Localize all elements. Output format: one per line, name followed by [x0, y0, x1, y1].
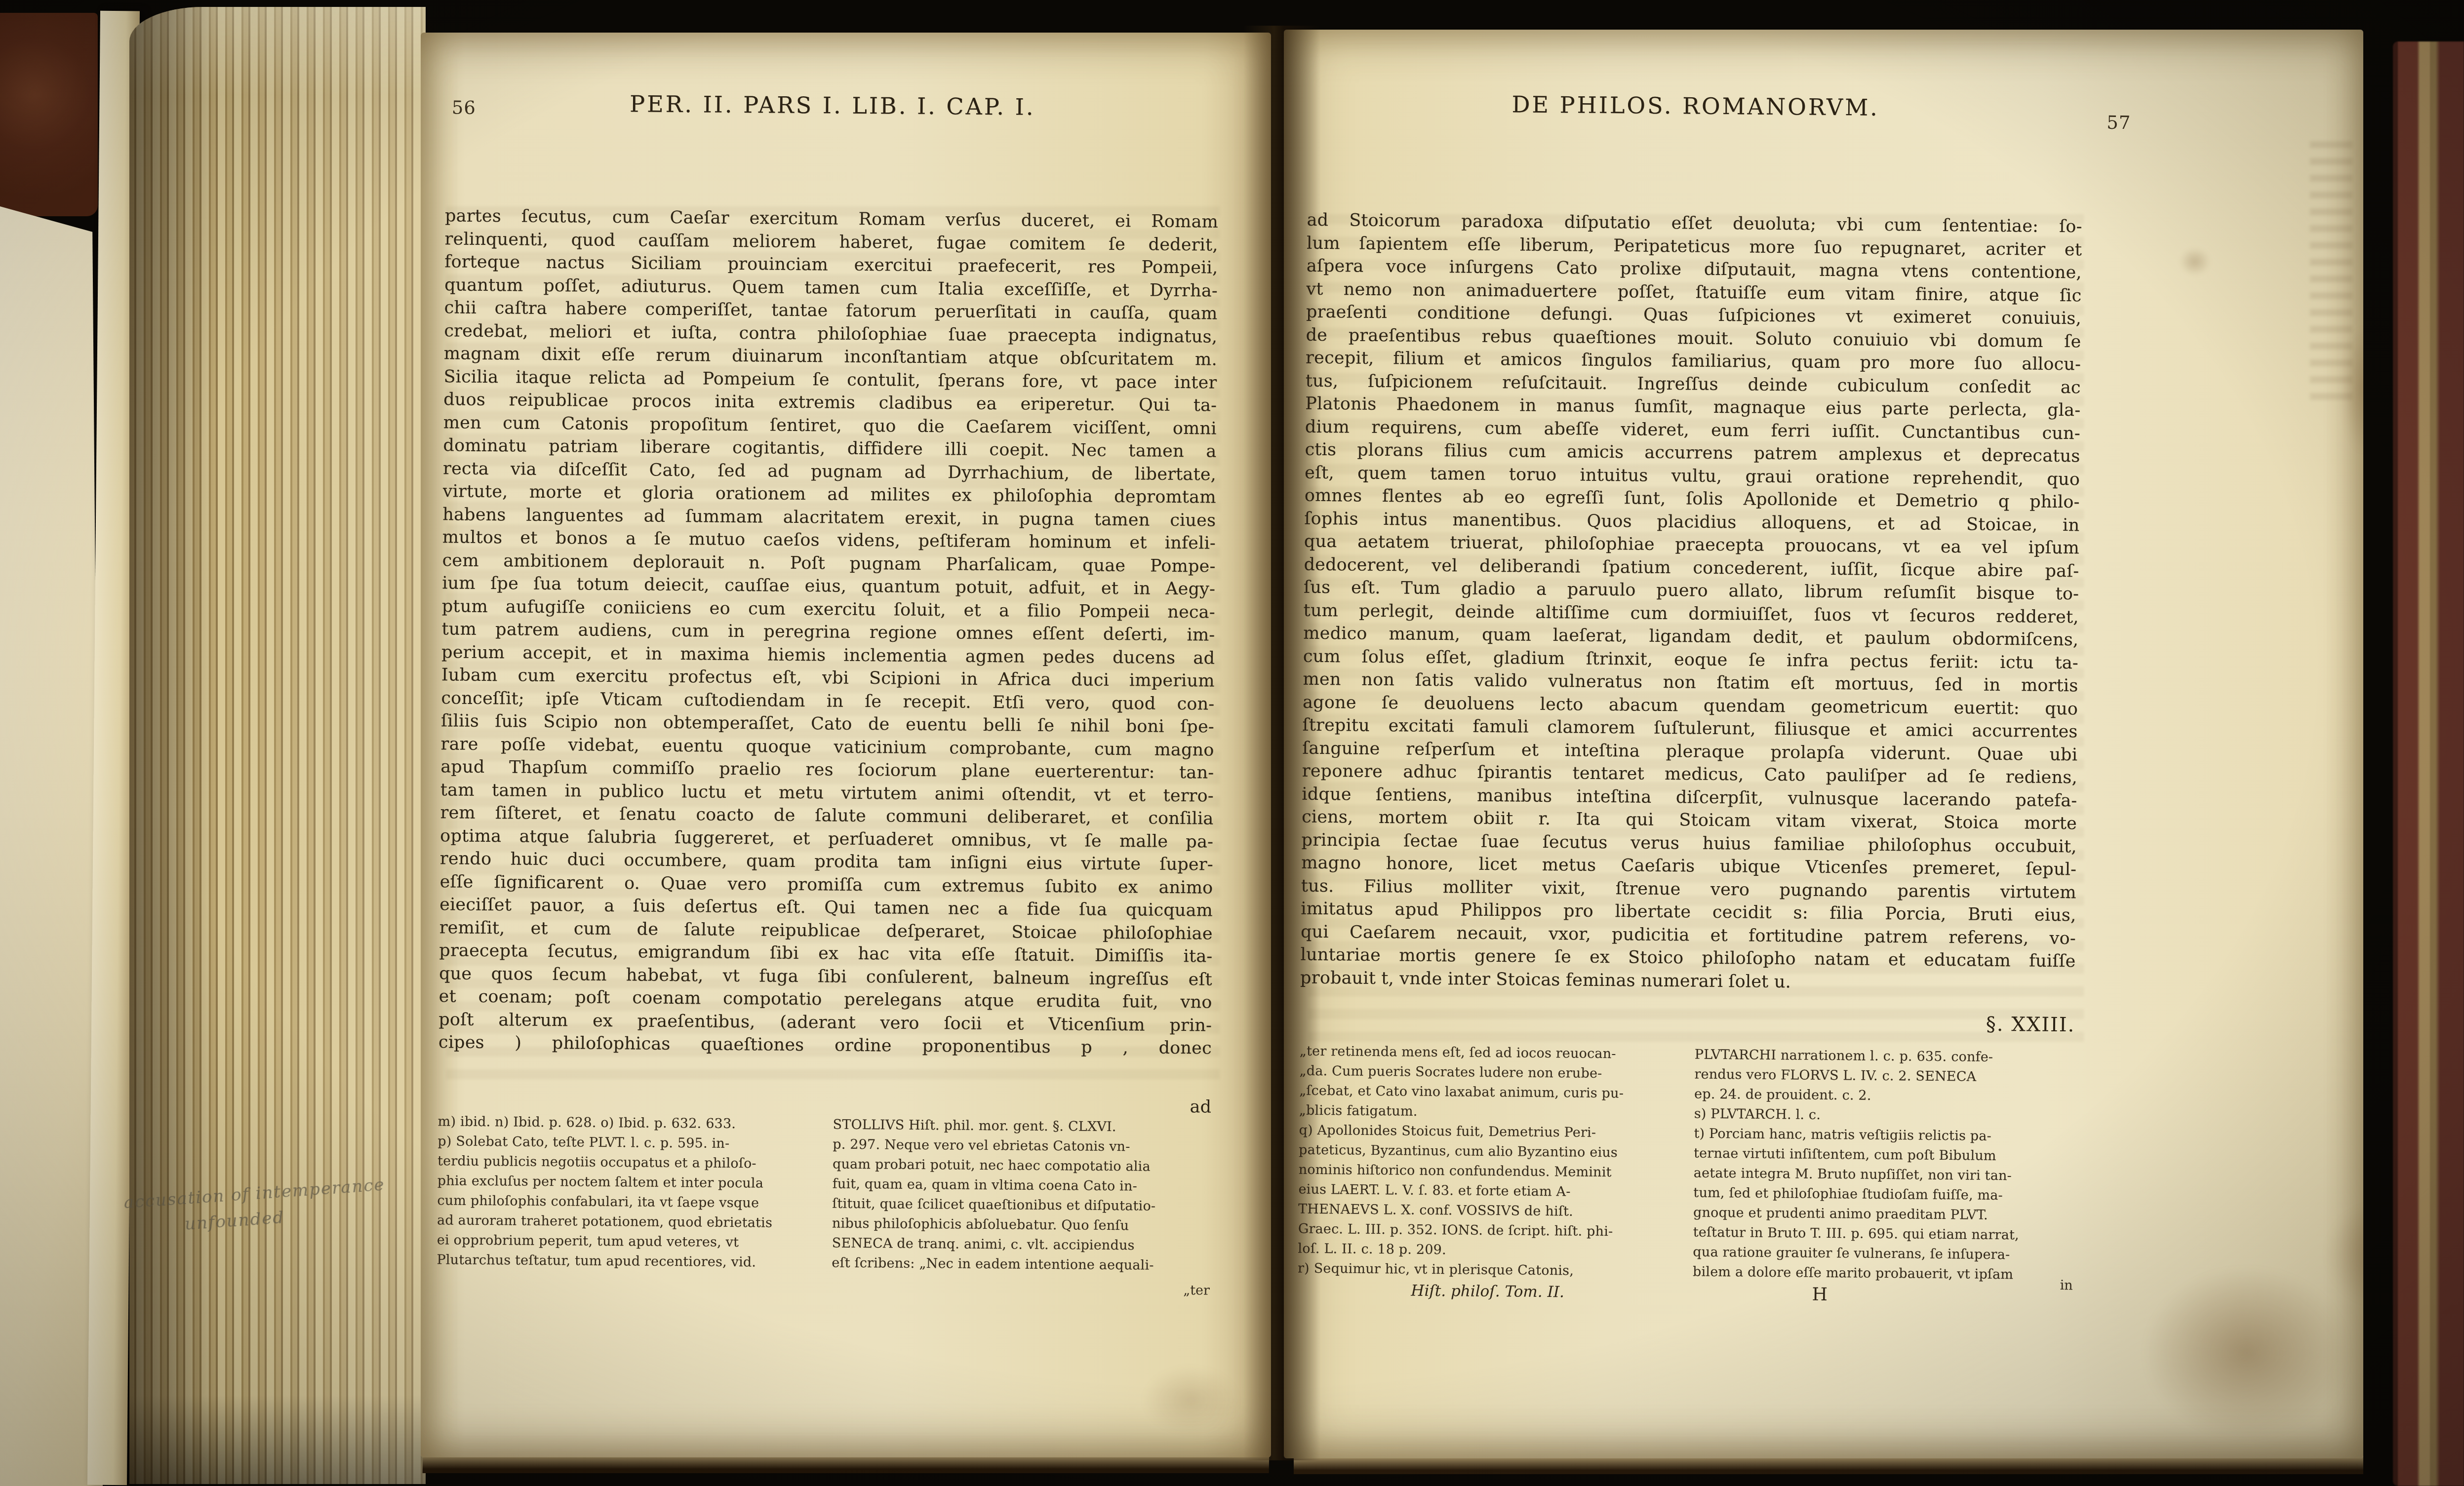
right-running-title: DE PHILOS. ROMANORVM. [1308, 89, 2083, 123]
right-cover-leather [2393, 41, 2464, 1486]
footnote-line: „ter retinenda mens eſt, ſed ad iocos re… [1300, 1042, 1680, 1065]
footnote-line: p. 297. Neque vero vel ebrietas Catonis … [833, 1135, 1211, 1158]
left-cover-leather [0, 13, 98, 216]
book-photo: 56 PER. II. PARS I. LIB. I. CAP. I. part… [0, 0, 2464, 1486]
right-catchword: in [1693, 1275, 2073, 1293]
section-heading: §. XXIII. [1300, 1007, 2075, 1037]
book-gutter-shadow [1243, 26, 1320, 1460]
footnote-line: quam probari potuit, nec haec compotatio… [833, 1155, 1211, 1177]
footnote-line: qua ratione grauiter ſe vulnerans, ſe in… [1693, 1243, 2073, 1266]
footnote-line: ei opprobrium peperit, tum apud veteres,… [437, 1230, 815, 1253]
footnote-line: PLVTARCHI narrationem l. c. p. 635. conf… [1695, 1045, 2075, 1068]
footnote-line: ad auroram traheret potationem, quod ebr… [437, 1211, 815, 1233]
footnote-line: ep. 24. de prouident. c. 2. [1694, 1085, 2074, 1108]
left-page-edges [129, 7, 426, 1484]
footnote-line: nominis hiſtorico non confundendus. Memi… [1299, 1160, 1679, 1183]
footnote-line: Plutarchus teſtatur, tum apud recentiore… [437, 1250, 815, 1273]
left-page: 56 PER. II. PARS I. LIB. I. CAP. I. part… [421, 33, 1271, 1457]
right-page-number: 57 [2106, 112, 2131, 133]
left-body-text: partes ſecutus, cum Caeſar exercitum Rom… [438, 204, 1218, 1060]
left-footnote-catchword: „ter [832, 1280, 1210, 1298]
footnote-line: eſt ſcribens: „Nec in eadem intentione a… [832, 1253, 1210, 1276]
footnote-line: q) Apollonides Stoicus fuit, Demetrius P… [1299, 1121, 1679, 1144]
footnote-line: „da. Cum pueris Socrates ludere non erub… [1299, 1061, 1679, 1085]
right-footnote-col1: „ter retinenda mens eſt, ſed ad iocos re… [1298, 1042, 1680, 1282]
right-footnote-col2: PLVTARCHI narrationem l. c. p. 635. conf… [1693, 1045, 2075, 1286]
footnote-line: rendus vero FLORVS L. IV. c. 2. SENECA [1694, 1065, 2074, 1088]
footnote-line: ternae virtuti inſiſtentem, cum poſt Bib… [1694, 1144, 2074, 1167]
footnote-line: fuit, quam ea, quam in vltima coena Cato… [833, 1174, 1211, 1197]
footnote-line: nibus philoſophicis abſoluebatur. Quo ſe… [832, 1214, 1210, 1237]
footnote-line: teſtatur in Bruto T. III. p. 695. qui et… [1693, 1223, 2073, 1246]
left-running-title: PER. II. PARS I. LIB. I. CAP. I. [446, 89, 1219, 121]
footnote-line: tum, ſed et philoſophiae ſtudioſam fuiſſ… [1693, 1183, 2073, 1207]
footnote-line: „blicis fatigatum. [1299, 1101, 1679, 1124]
footnote-line: THENAEVS L. X. conf. VOSSIVS de hiſt. [1298, 1200, 1678, 1223]
footnote-line: ſtituit, quae ſcilicet quaeſtionibus et … [832, 1194, 1210, 1217]
footnote-line: terdiu publicis negotiis occupatus et a … [437, 1151, 816, 1174]
footnote-line: gnoque et prudenti animo praeditam PLVT. [1693, 1203, 2073, 1226]
right-body-text: ad Stoicorum paradoxa diſputatio eſſet d… [1300, 209, 2082, 973]
footnote-line: aetate integra M. Bruto nupſiſſet, non v… [1694, 1164, 2074, 1187]
right-page: DE PHILOS. ROMANORVM. 57 ad Stoicorum pa… [1284, 30, 2363, 1458]
footnote-line: SENECA de tranq. animi, c. vlt. accipien… [832, 1234, 1210, 1256]
footnote-line: loſ. L. II. c. 18 p. 209. [1298, 1239, 1678, 1262]
footnote-line: Graec. L. III. p. 352. IONS. de ſcript. … [1298, 1219, 1678, 1243]
left-footnote-col2: STOLLIVS Hiſt. phil. mor. gent. §. CLXVI… [832, 1115, 1211, 1276]
footnote-line: s) PLVTARCH. l. c. [1694, 1104, 2074, 1128]
footnote-line: cum philoſophis confabulari, ita vt ſaep… [437, 1191, 815, 1213]
left-page-content: 56 PER. II. PARS I. LIB. I. CAP. I. part… [421, 33, 1271, 1457]
footnote-line: r) Sequimur hic, vt in plerisque Catonis… [1298, 1259, 1678, 1282]
footnote-line: pateticus, Byzantinus, cum alio Byzantin… [1299, 1140, 1679, 1164]
left-flyleaf [0, 206, 103, 1486]
volume-imprint: Hiſt. philoſ. Tom. II. [1298, 1281, 1678, 1302]
left-footnote-col1: m) ibid. n) Ibid. p. 628. o) Ibid. p. 63… [437, 1112, 816, 1273]
footnote-line: p) Solebat Cato, teſte PLVT. l. c. p. 59… [437, 1132, 816, 1154]
footnote-line: „ſcebat, et Cato vino laxabat animum, cu… [1299, 1081, 1679, 1104]
footnote-line: eius LAERT. L. V. ſ. 83. et forte etiam … [1298, 1180, 1678, 1203]
footnote-line: m) ibid. n) Ibid. p. 628. o) Ibid. p. 63… [438, 1112, 816, 1134]
footnote-line: t) Porciam hanc, matris veſtigiis relict… [1694, 1124, 2074, 1147]
right-page-content: DE PHILOS. ROMANORVM. 57 ad Stoicorum pa… [1284, 30, 2363, 1458]
footnote-line: phia excluſus per noctem ſaltem et inter… [437, 1171, 816, 1194]
footnote-line: STOLLIVS Hiſt. phil. mor. gent. §. CLXVI… [833, 1115, 1211, 1138]
